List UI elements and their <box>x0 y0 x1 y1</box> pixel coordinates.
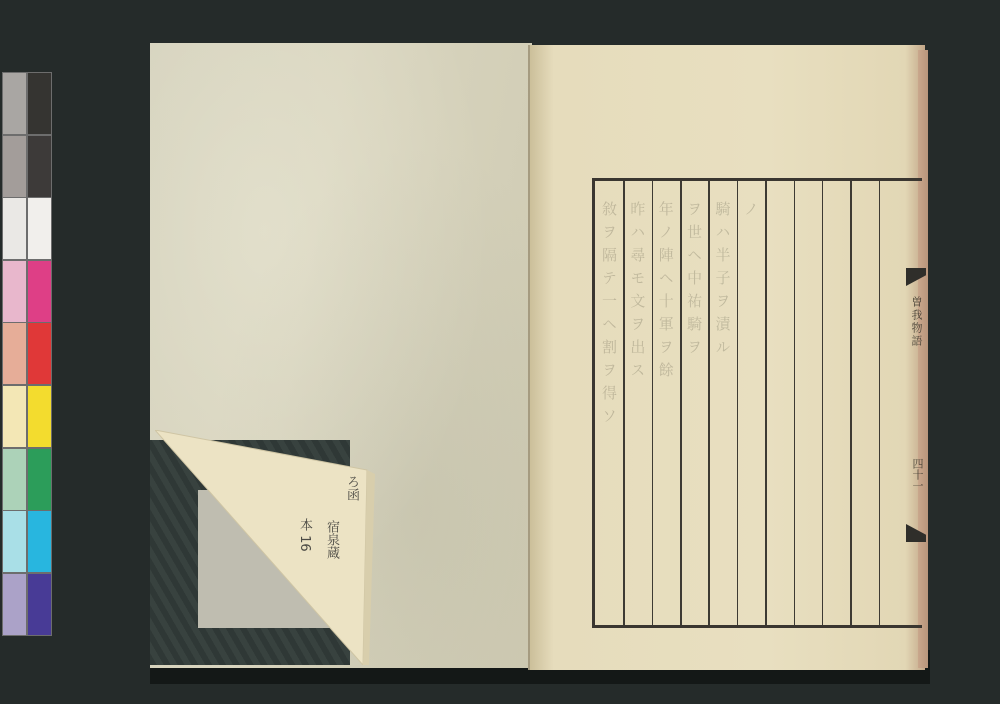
margin-page-number: 四十一 <box>909 458 925 491</box>
column-rule <box>680 181 682 625</box>
show-through-text-column: 昨ハ尋モ文ヲ出ス <box>627 201 648 385</box>
show-through-text-column: ヲ世ヘ中祐騎ヲ <box>684 201 705 362</box>
handwritten-note-3: 本 16 <box>295 518 314 552</box>
printed-text-frame: 敘ヲ隔テ一ヘ割ヲ得ソ昨ハ尋モ文ヲ出ス年ノ陣ヘ十軍ヲ餘ヲ世ヘ中祐騎ヲ騎ハ半子ヲ漬ル… <box>592 178 922 628</box>
color-chip-dark <box>28 136 51 197</box>
show-through-text-column: 騎ハ半子ヲ漬ル <box>712 201 733 362</box>
color-chip-light <box>3 574 26 635</box>
color-chip-dark <box>28 449 51 510</box>
color-chip-light <box>3 198 26 259</box>
color-calibration-chart <box>2 72 52 636</box>
column-rule <box>708 181 710 625</box>
center-margin-hanshin: 曽我物語 四十一 <box>906 268 926 542</box>
handwritten-note-2: 宿泉蔵 <box>322 520 341 559</box>
column-rule <box>879 181 881 625</box>
fishtail-mark-bottom <box>906 524 926 542</box>
column-rule <box>794 181 796 625</box>
color-chip-light <box>3 261 26 322</box>
color-chip-light <box>3 511 26 572</box>
color-chip-dark <box>28 574 51 635</box>
color-chip-light <box>3 73 26 134</box>
column-rule <box>822 181 824 625</box>
handwritten-note-1: ろ函 <box>342 475 361 501</box>
show-through-text-column: 年ノ陣ヘ十軍ヲ餘 <box>656 201 677 385</box>
column-rule <box>737 181 739 625</box>
show-through-text-column: 敘ヲ隔テ一ヘ割ヲ得ソ <box>599 201 620 431</box>
color-chip-dark <box>28 511 51 572</box>
folded-page-corner <box>155 430 375 665</box>
color-chip-dark <box>28 261 51 322</box>
show-through-text-column: ノ <box>741 201 762 224</box>
column-rule <box>765 181 767 625</box>
margin-title: 曽我物語 <box>908 296 924 348</box>
color-chip-light <box>3 323 26 384</box>
column-rule <box>623 181 625 625</box>
color-chip-dark <box>28 73 51 134</box>
column-rule <box>652 181 654 625</box>
color-chip-light <box>3 386 26 447</box>
fishtail-mark-top <box>906 268 926 286</box>
color-chip-dark <box>28 198 51 259</box>
color-chip-dark <box>28 386 51 447</box>
color-chip-dark <box>28 323 51 384</box>
column-rule <box>850 181 852 625</box>
color-chip-light <box>3 136 26 197</box>
color-chip-light <box>3 449 26 510</box>
